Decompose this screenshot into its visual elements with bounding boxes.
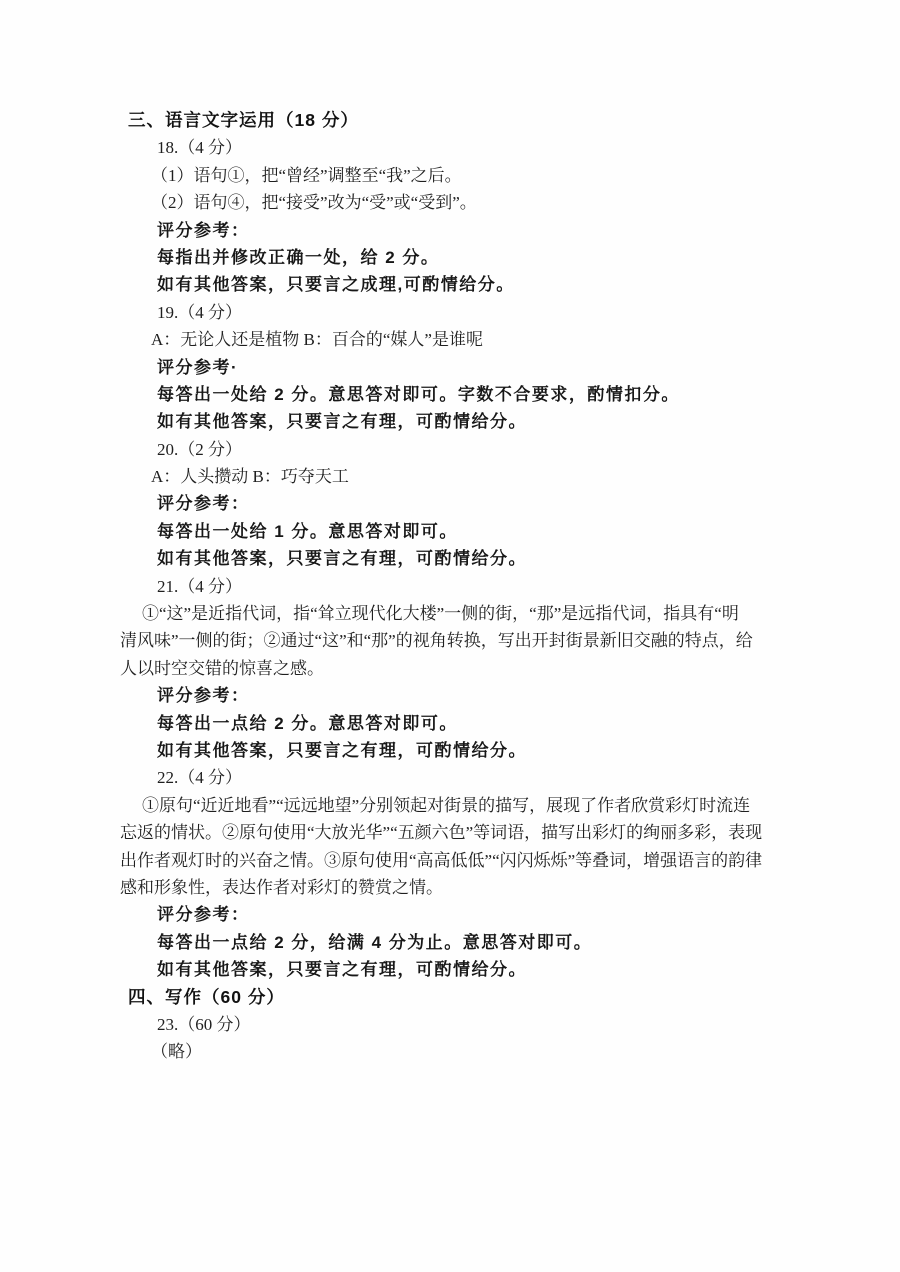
item-number: 18.（4 分） (157, 134, 900, 161)
answer-paragraph-line: 出作者观灯时的兴奋之情。③原句使用“高高低低”“闪闪烁烁”等叠词，增强语言的韵律 (120, 847, 900, 874)
scoring-reference-line: 评分参考： (157, 217, 900, 244)
scoring-reference-line: 评分参考： (157, 682, 900, 709)
section-heading: 四、写作（60 分） (128, 984, 900, 1011)
item-number: 22.（4 分） (157, 764, 900, 791)
scoring-reference-line: 评分参考： (157, 901, 900, 928)
scoring-reference-line: 如有其他答案，只要言之有理，可酌情给分。 (157, 545, 900, 572)
answer-line: （1）语句①，把“曾经”调整至“我”之后。 (151, 162, 900, 189)
scoring-reference-line: 如有其他答案，只要言之有理，可酌情给分。 (157, 408, 900, 435)
scoring-reference-line: 如有其他答案，只要言之有理，可酌情给分。 (157, 956, 900, 983)
scoring-reference-line: 评分参考： (157, 490, 900, 517)
scoring-reference-line: 每答出一点给 2 分。意思答对即可。 (157, 710, 900, 737)
section-heading: 三、语言文字运用（18 分） (128, 107, 900, 134)
scoring-reference-line: 如有其他答案，只要言之成理,可酌情给分。 (157, 271, 900, 298)
answer-line: A：人头攒动 B：巧夺天工 (151, 463, 900, 490)
answer-paragraph-line: 人以时空交错的惊喜之感。 (120, 655, 900, 682)
document-body: 三、语言文字运用（18 分）18.（4 分）（1）语句①，把“曾经”调整至“我”… (0, 107, 900, 1066)
answer-line: （略） (151, 1038, 900, 1065)
scoring-reference-line: 每答出一点给 2 分，给满 4 分为止。意思答对即可。 (157, 929, 900, 956)
scanned-document-page: 三、语言文字运用（18 分）18.（4 分）（1）语句①，把“曾经”调整至“我”… (0, 0, 900, 1272)
item-number: 20.（2 分） (157, 436, 900, 463)
item-number: 21.（4 分） (157, 573, 900, 600)
answer-line: （2）语句④，把“接受”改为“受”或“受到”。 (151, 189, 900, 216)
answer-paragraph-line: 清风味”一侧的街；②通过“这”和“那”的视角转换，写出开封街景新旧交融的特点，给 (120, 627, 900, 654)
answer-paragraph-line: ①“这”是近指代词，指“耸立现代化大楼”一侧的街，“那”是远指代词，指具有“明 (142, 600, 900, 627)
item-number: 19.（4 分） (157, 299, 900, 326)
scoring-reference-line: 评分参考· (157, 354, 900, 381)
item-number: 23.（60 分） (157, 1011, 900, 1038)
scoring-reference-line: 如有其他答案，只要言之有理，可酌情给分。 (157, 737, 900, 764)
answer-paragraph-line: ①原句“近近地看”“远远地望”分别领起对街景的描写，展现了作者欣赏彩灯时流连 (142, 792, 900, 819)
scoring-reference-line: 每指出并修改正确一处，给 2 分。 (157, 244, 900, 271)
answer-paragraph-line: 感和形象性，表达作者对彩灯的赞赏之情。 (120, 874, 900, 901)
scoring-reference-line: 每答出一处给 2 分。意思答对即可。字数不合要求，酌情扣分。 (157, 381, 900, 408)
answer-line: A：无论人还是植物 B：百合的“媒人”是谁呢 (151, 326, 900, 353)
scoring-reference-line: 每答出一处给 1 分。意思答对即可。 (157, 518, 900, 545)
answer-paragraph-line: 忘返的情状。②原句使用“大放光华”“五颜六色”等词语，描写出彩灯的绚丽多彩，表现 (120, 819, 900, 846)
